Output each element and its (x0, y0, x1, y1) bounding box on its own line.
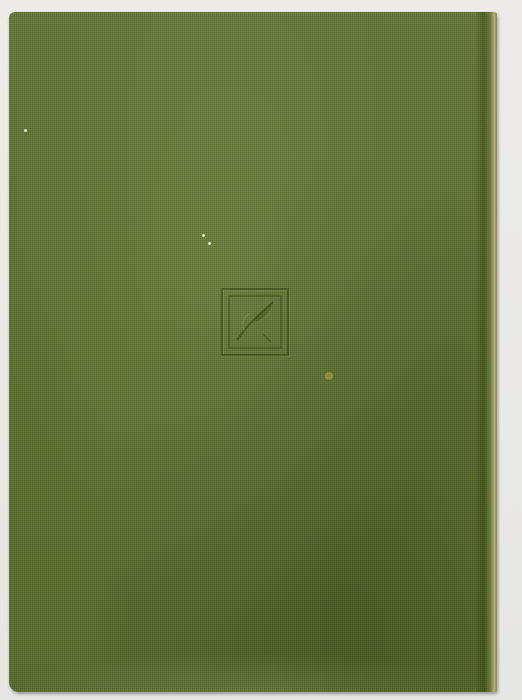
speck (24, 129, 27, 132)
blind-stamp-emblem (221, 288, 289, 356)
spine-edge (475, 12, 497, 692)
speck (202, 234, 205, 237)
bottom-edge-wear (9, 652, 497, 692)
stain (325, 372, 333, 380)
book-cover (9, 12, 497, 692)
speck (208, 242, 211, 245)
leaf-emblem-icon (223, 290, 287, 354)
